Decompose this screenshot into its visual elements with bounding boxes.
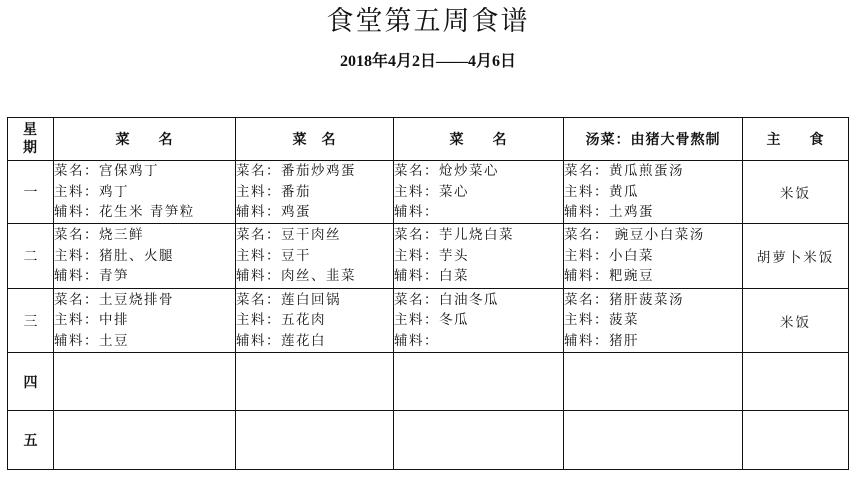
header-dish-3-a: 菜 — [450, 132, 465, 148]
soup-name: 菜名： 豌豆小白菜汤 — [564, 225, 742, 246]
dish-cell: 菜名：白油冬瓜 主料：冬瓜 辅料： — [394, 289, 564, 353]
day-cell: 一 — [8, 161, 54, 224]
header-day: 星期 — [8, 118, 54, 161]
dish-cell: 菜名：烧三鲜 主料：猪肚、火腿 辅料：青笋 — [54, 224, 236, 289]
header-dish-2: 菜名 — [236, 118, 394, 161]
staple-cell: 胡萝卜米饭 — [743, 224, 849, 289]
empty-cell — [564, 411, 743, 470]
dish-name: 菜名：白油冬瓜 — [394, 290, 563, 311]
table-row-friday: 五 — [8, 411, 849, 470]
empty-cell — [54, 353, 236, 411]
soup-name: 菜名：猪肝菠菜汤 — [564, 290, 742, 311]
dish-name: 菜名：土豆烧排骨 — [54, 290, 235, 311]
empty-cell — [743, 411, 849, 470]
table-row-tuesday: 二 菜名：烧三鲜 主料：猪肚、火腿 辅料：青笋 菜名：豆干肉丝 主料：豆干 辅料… — [8, 224, 849, 289]
dish-side: 辅料：土豆 — [54, 331, 235, 352]
table-row-thursday: 四 — [8, 353, 849, 411]
dish-name: 菜名：烧三鲜 — [54, 225, 235, 246]
empty-cell — [564, 353, 743, 411]
header-dish-1-a: 菜 — [116, 132, 131, 148]
header-dish-2-a: 菜 — [293, 132, 308, 148]
dish-side: 辅料：莲花白 — [236, 331, 393, 352]
dish-side: 辅料： — [394, 331, 563, 352]
dish-cell: 菜名：炝炒菜心 主料：菜心 辅料： — [394, 161, 564, 224]
day-cell: 二 — [8, 224, 54, 289]
dish-side: 辅料：肉丝、韭菜 — [236, 266, 393, 287]
header-staple-b: 食 — [810, 132, 825, 148]
dish-cell: 菜名：番茄炒鸡蛋 主料：番茄 辅料：鸡蛋 — [236, 161, 394, 224]
dish-side: 辅料：白菜 — [394, 266, 563, 287]
soup-side: 辅料：猪肝 — [564, 331, 742, 352]
dish-main: 主料：鸡丁 — [54, 182, 235, 203]
header-dish-2-b: 名 — [322, 132, 337, 148]
dish-name: 菜名：芋儿烧白菜 — [394, 225, 563, 246]
dish-side: 辅料： — [394, 202, 563, 223]
dish-cell: 菜名：宫保鸡丁 主料：鸡丁 辅料：花生米 青笋粒 — [54, 161, 236, 224]
soup-cell: 菜名： 豌豆小白菜汤 主料：小白菜 辅料：粑豌豆 — [564, 224, 743, 289]
dish-name: 菜名：宫保鸡丁 — [54, 161, 235, 182]
header-dish-1: 菜名 — [54, 118, 236, 161]
day-cell: 五 — [8, 411, 54, 470]
header-dish-3-b: 名 — [493, 132, 508, 148]
day-cell: 三 — [8, 289, 54, 353]
dish-side: 辅料：青笋 — [54, 266, 235, 287]
header-soup: 汤菜：由猪大骨熬制 — [564, 118, 743, 161]
soup-side: 辅料：粑豌豆 — [564, 266, 742, 287]
menu-table: 星期 菜名 菜名 菜名 汤菜：由猪大骨熬制 主食 一 菜名：宫保鸡丁 主料：鸡丁… — [7, 117, 849, 470]
empty-cell — [236, 411, 394, 470]
header-row: 星期 菜名 菜名 菜名 汤菜：由猪大骨熬制 主食 — [8, 118, 849, 161]
soup-cell: 菜名：黄瓜煎蛋汤 主料：黄瓜 辅料：土鸡蛋 — [564, 161, 743, 224]
empty-cell — [236, 353, 394, 411]
dish-main: 主料：番茄 — [236, 182, 393, 203]
soup-name: 菜名：黄瓜煎蛋汤 — [564, 161, 742, 182]
date-range: 2018年4月2日——4月6日 — [0, 52, 856, 72]
empty-cell — [394, 411, 564, 470]
dish-main: 主料：中排 — [54, 310, 235, 331]
empty-cell — [394, 353, 564, 411]
soup-cell: 菜名：猪肝菠菜汤 主料：菠菜 辅料：猪肝 — [564, 289, 743, 353]
dish-name: 菜名：番茄炒鸡蛋 — [236, 161, 393, 182]
dish-main: 主料：五花肉 — [236, 310, 393, 331]
empty-cell — [54, 411, 236, 470]
staple-cell: 米饭 — [743, 289, 849, 353]
table-row-wednesday: 三 菜名：土豆烧排骨 主料：中排 辅料：土豆 菜名：莲白回锅 主料：五花肉 辅料… — [8, 289, 849, 353]
dish-side: 辅料：鸡蛋 — [236, 202, 393, 223]
dish-cell: 菜名：豆干肉丝 主料：豆干 辅料：肉丝、韭菜 — [236, 224, 394, 289]
dish-name: 菜名：莲白回锅 — [236, 290, 393, 311]
soup-main: 主料：小白菜 — [564, 246, 742, 267]
soup-main: 主料：菠菜 — [564, 310, 742, 331]
dish-name: 菜名：炝炒菜心 — [394, 161, 563, 182]
header-dish-1-b: 名 — [159, 132, 174, 148]
header-staple: 主食 — [743, 118, 849, 161]
header-dish-3: 菜名 — [394, 118, 564, 161]
dish-main: 主料：菜心 — [394, 182, 563, 203]
dish-main: 主料：冬瓜 — [394, 310, 563, 331]
dish-main: 主料：豆干 — [236, 246, 393, 267]
dish-cell: 菜名：芋儿烧白菜 主料：芋头 辅料：白菜 — [394, 224, 564, 289]
soup-main: 主料：黄瓜 — [564, 182, 742, 203]
dish-main: 主料：芋头 — [394, 246, 563, 267]
dish-main: 主料：猪肚、火腿 — [54, 246, 235, 267]
dish-cell: 菜名：莲白回锅 主料：五花肉 辅料：莲花白 — [236, 289, 394, 353]
dish-side: 辅料：花生米 青笋粒 — [54, 202, 235, 223]
dish-name: 菜名：豆干肉丝 — [236, 225, 393, 246]
document-title: 食堂第五周食谱 — [0, 4, 856, 40]
dish-cell: 菜名：土豆烧排骨 主料：中排 辅料：土豆 — [54, 289, 236, 353]
header-staple-a: 主 — [767, 132, 782, 148]
staple-cell: 米饭 — [743, 161, 849, 224]
soup-side: 辅料：土鸡蛋 — [564, 202, 742, 223]
day-cell: 四 — [8, 353, 54, 411]
table-row-monday: 一 菜名：宫保鸡丁 主料：鸡丁 辅料：花生米 青笋粒 菜名：番茄炒鸡蛋 主料：番… — [8, 161, 849, 224]
empty-cell — [743, 353, 849, 411]
